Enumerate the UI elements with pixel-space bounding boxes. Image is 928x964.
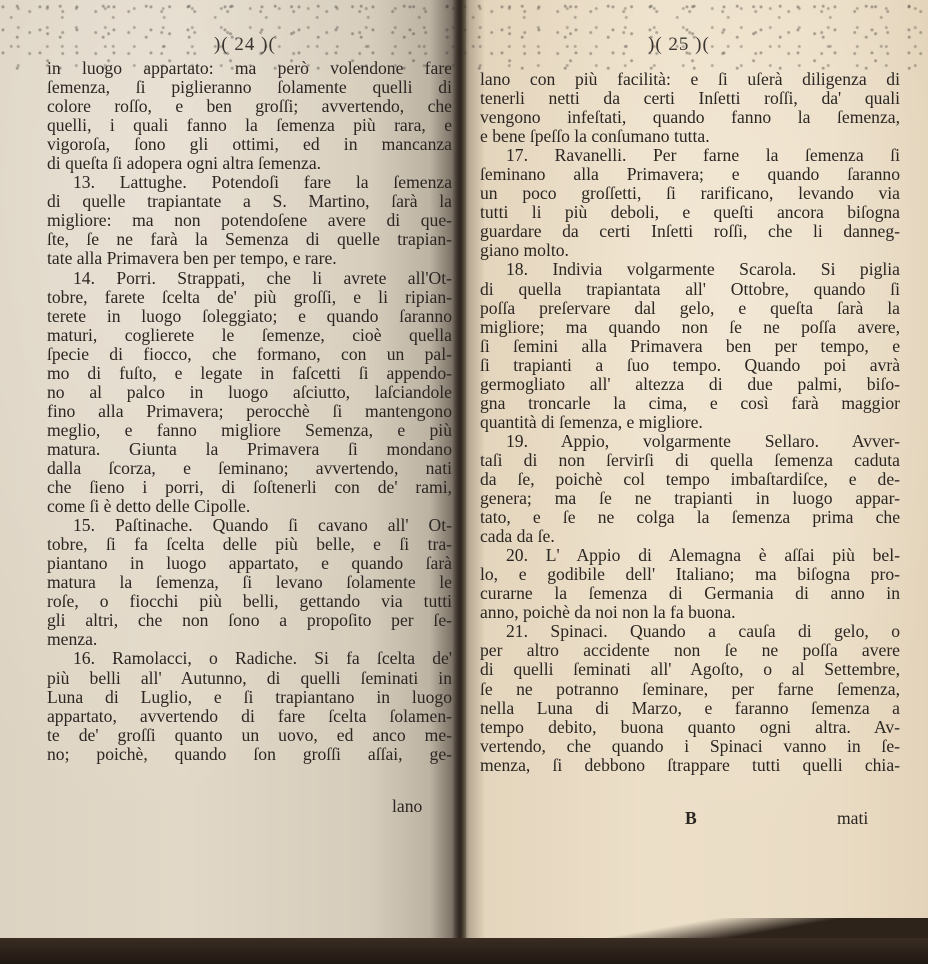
text-line: ſi trapianti a ſuo tempo. Quando poi avr… — [480, 356, 900, 375]
text-line: di quelli ſeminati all' Agoſto, o al Set… — [480, 660, 900, 679]
text-line: giano molto. — [480, 241, 900, 260]
right-page: )( 25 )( lano con più facilità: e ſi uſe… — [462, 0, 928, 940]
text-line: di queſta ſi adopera ogni altra ſemenza. — [47, 154, 452, 173]
left-page: )( 24 )( in luogo appartato: ma però vol… — [0, 0, 462, 948]
text-line: 17. Ravanelli. Per farne la ſemenza ſi — [480, 146, 900, 165]
text-line: 14. Porri. Strappati, che li avrete all'… — [47, 269, 452, 288]
page-number-left: )( 24 )( — [214, 34, 276, 56]
text-line: fino alla Primavera; perocchè ſi manteng… — [47, 402, 452, 421]
catchword-left: lano — [392, 796, 422, 817]
text-line: più belli all' Autunno, di quelli ſemina… — [47, 669, 452, 688]
text-line: vengono infeſtati, quando fanno la ſemen… — [480, 108, 900, 127]
text-line: genera; ma ſe ne trapianti in luogo appa… — [480, 489, 900, 508]
text-line: e bene ſpeſſo la conſumano tutta. — [480, 127, 900, 146]
text-line: appartato, avvertendo di fare ſcelta ſol… — [47, 707, 452, 726]
text-line: menza, ſi debbono ſtrappare tutti quelli… — [480, 756, 900, 775]
text-line: ſi ſemini alla Primavera ben per tempo, … — [480, 337, 900, 356]
text-line: maturi, coglierete le ſemenze, cioè quel… — [47, 326, 452, 345]
text-line: ſpecie di fiocco, che formano, con un pa… — [47, 345, 452, 364]
text-line: migliore: ma non potendoſene avere di qu… — [47, 211, 452, 230]
background-surface — [0, 938, 928, 964]
text-line: come ſi è detto delle Cipolle. — [47, 497, 452, 516]
text-line: anno, poichè da noi non la fa buona. — [480, 603, 900, 622]
text-line: di quelle trapiantate a S. Martino, ſarà… — [47, 192, 452, 211]
text-line: ſte, ſe ne farà la Semenza di quelle tra… — [47, 230, 452, 249]
text-line: lano con più facilità: e ſi uſerà dilige… — [480, 70, 900, 89]
text-line: 18. Indivia volgarmente Scarola. Si pigl… — [480, 260, 900, 279]
left-page-text: in luogo appartato: ma però volendone fa… — [47, 59, 452, 764]
text-line: germogliato all' altezza di due palmi, b… — [480, 375, 900, 394]
text-line: ſe ne potranno ſeminare, per farne ſemen… — [480, 680, 900, 699]
text-line: tobre, farete ſcelta de' più groſſi, e l… — [47, 288, 452, 307]
text-line: in luogo appartato: ma però volendone fa… — [47, 59, 452, 78]
text-line: piantano in luogo appartato, e quando ſa… — [47, 554, 452, 573]
signature-mark: B — [685, 808, 697, 829]
text-line: vigoroſa, ſono gli ottimi, ed in mancanz… — [47, 135, 452, 154]
text-line: vertendo, che quando i Spinaci vanno in … — [480, 737, 900, 756]
text-line: menza. — [47, 630, 452, 649]
text-line: che ſieno i porri, di ſoſtenerli con de'… — [47, 478, 452, 497]
right-page-text: lano con più facilità: e ſi uſerà dilige… — [480, 70, 900, 775]
text-line: taſi di non ſervirſi di quella ſemenza c… — [480, 451, 900, 470]
text-line: gli altri, che non ſono a propoſito per … — [47, 611, 452, 630]
text-line: 13. Lattughe. Potendoſi fare la ſemenza — [47, 173, 452, 192]
text-line: ſeminano alla Primavera; e quando ſarann… — [480, 165, 900, 184]
text-line: tobre, ſi fa ſcelta delle più belle, e ſ… — [47, 535, 452, 554]
text-line: 21. Spinaci. Quando a cauſa di gelo, o — [480, 622, 900, 641]
text-line: per altro accidente non ſe ne poſſa aver… — [480, 641, 900, 660]
text-line: un poco groſſetti, ſi rarificano, levand… — [480, 184, 900, 203]
text-line: gna troncarle la cima, e così farà maggi… — [480, 394, 900, 413]
text-line: tutti li più deboli, e queſti ancora biſ… — [480, 203, 900, 222]
text-line: 16. Ramolacci, o Radiche. Si fa ſcelta d… — [47, 649, 452, 668]
text-line: meglio, e fanno migliore Semenza, e più — [47, 421, 452, 440]
text-line: Luna di Luglio, e ſi trapiantano in luog… — [47, 688, 452, 707]
text-line: quantità di ſemenza, e migliore. — [480, 413, 900, 432]
text-line: colore roſſo, e ben groſſi; avvertendo, … — [47, 97, 452, 116]
text-line: no; poichè, quando ſon groſſi aſſai, ge- — [47, 745, 452, 764]
text-line: lo, e godibile dell' Italiano; ma biſogn… — [480, 565, 900, 584]
text-line: poſſa preſervare dal gelo, e queſta ſarà… — [480, 299, 900, 318]
text-line: 15. Paſtinache. Quando ſi cavano all' Ot… — [47, 516, 452, 535]
gutter-shadow — [452, 0, 466, 948]
text-line: matura. Giunta la Primavera ſi mondano — [47, 440, 452, 459]
catchword-right: mati — [837, 808, 868, 829]
text-line: roſe, o fiocchi più belli, gettando via … — [47, 592, 452, 611]
text-line: no al palco in luogo aſciutto, laſciando… — [47, 383, 452, 402]
text-line: tempo debito, buona quanto ogni altra. A… — [480, 718, 900, 737]
text-line: tato, e ſe ne colga la ſemenza prima che — [480, 508, 900, 527]
text-line: 19. Appio, volgarmente Sellaro. Avver- — [480, 432, 900, 451]
text-line: te de' groſſi quanto un uovo, ed anco me… — [47, 726, 452, 745]
text-line: guardare da certi Inſetti roſſi, che li … — [480, 222, 900, 241]
text-line: terete in luogo ſoleggiato; e quando ſar… — [47, 307, 452, 326]
text-line: mo di fuſto, e legate in faſcetti ſi app… — [47, 364, 452, 383]
text-line: di quella trapiantata all' Ottobre, quan… — [480, 280, 900, 299]
text-line: dalla ſcorza, e ſeminano; avvertendo, na… — [47, 459, 452, 478]
text-line: tenerli netti da certi Inſetti roſſi, da… — [480, 89, 900, 108]
text-line: nella Luna di Marzo, e faranno ſemenza a — [480, 699, 900, 718]
book-spread: )( 24 )( in luogo appartato: ma però vol… — [0, 0, 928, 964]
text-line: ſemenza, ſi piglieranno ſolamente quelli… — [47, 78, 452, 97]
text-line: 20. L' Appio di Alemagna è aſſai più bel… — [480, 546, 900, 565]
text-line: quelli, i quali fanno la ſemenza più rar… — [47, 116, 452, 135]
text-line: tate alla Primavera ben per tempo, e rar… — [47, 249, 452, 268]
text-line: matura la ſemenza, ſi levano ſolamente l… — [47, 573, 452, 592]
text-line: curarne la ſemenza di Germania di anno i… — [480, 584, 900, 603]
text-line: da ſe, poichè col tempo imbaſtardiſce, e… — [480, 470, 900, 489]
text-line: migliore; ma quando non ſe ne poſſa aver… — [480, 318, 900, 337]
page-number-right: )( 25 )( — [648, 34, 710, 56]
text-line: cada da ſe. — [480, 527, 900, 546]
